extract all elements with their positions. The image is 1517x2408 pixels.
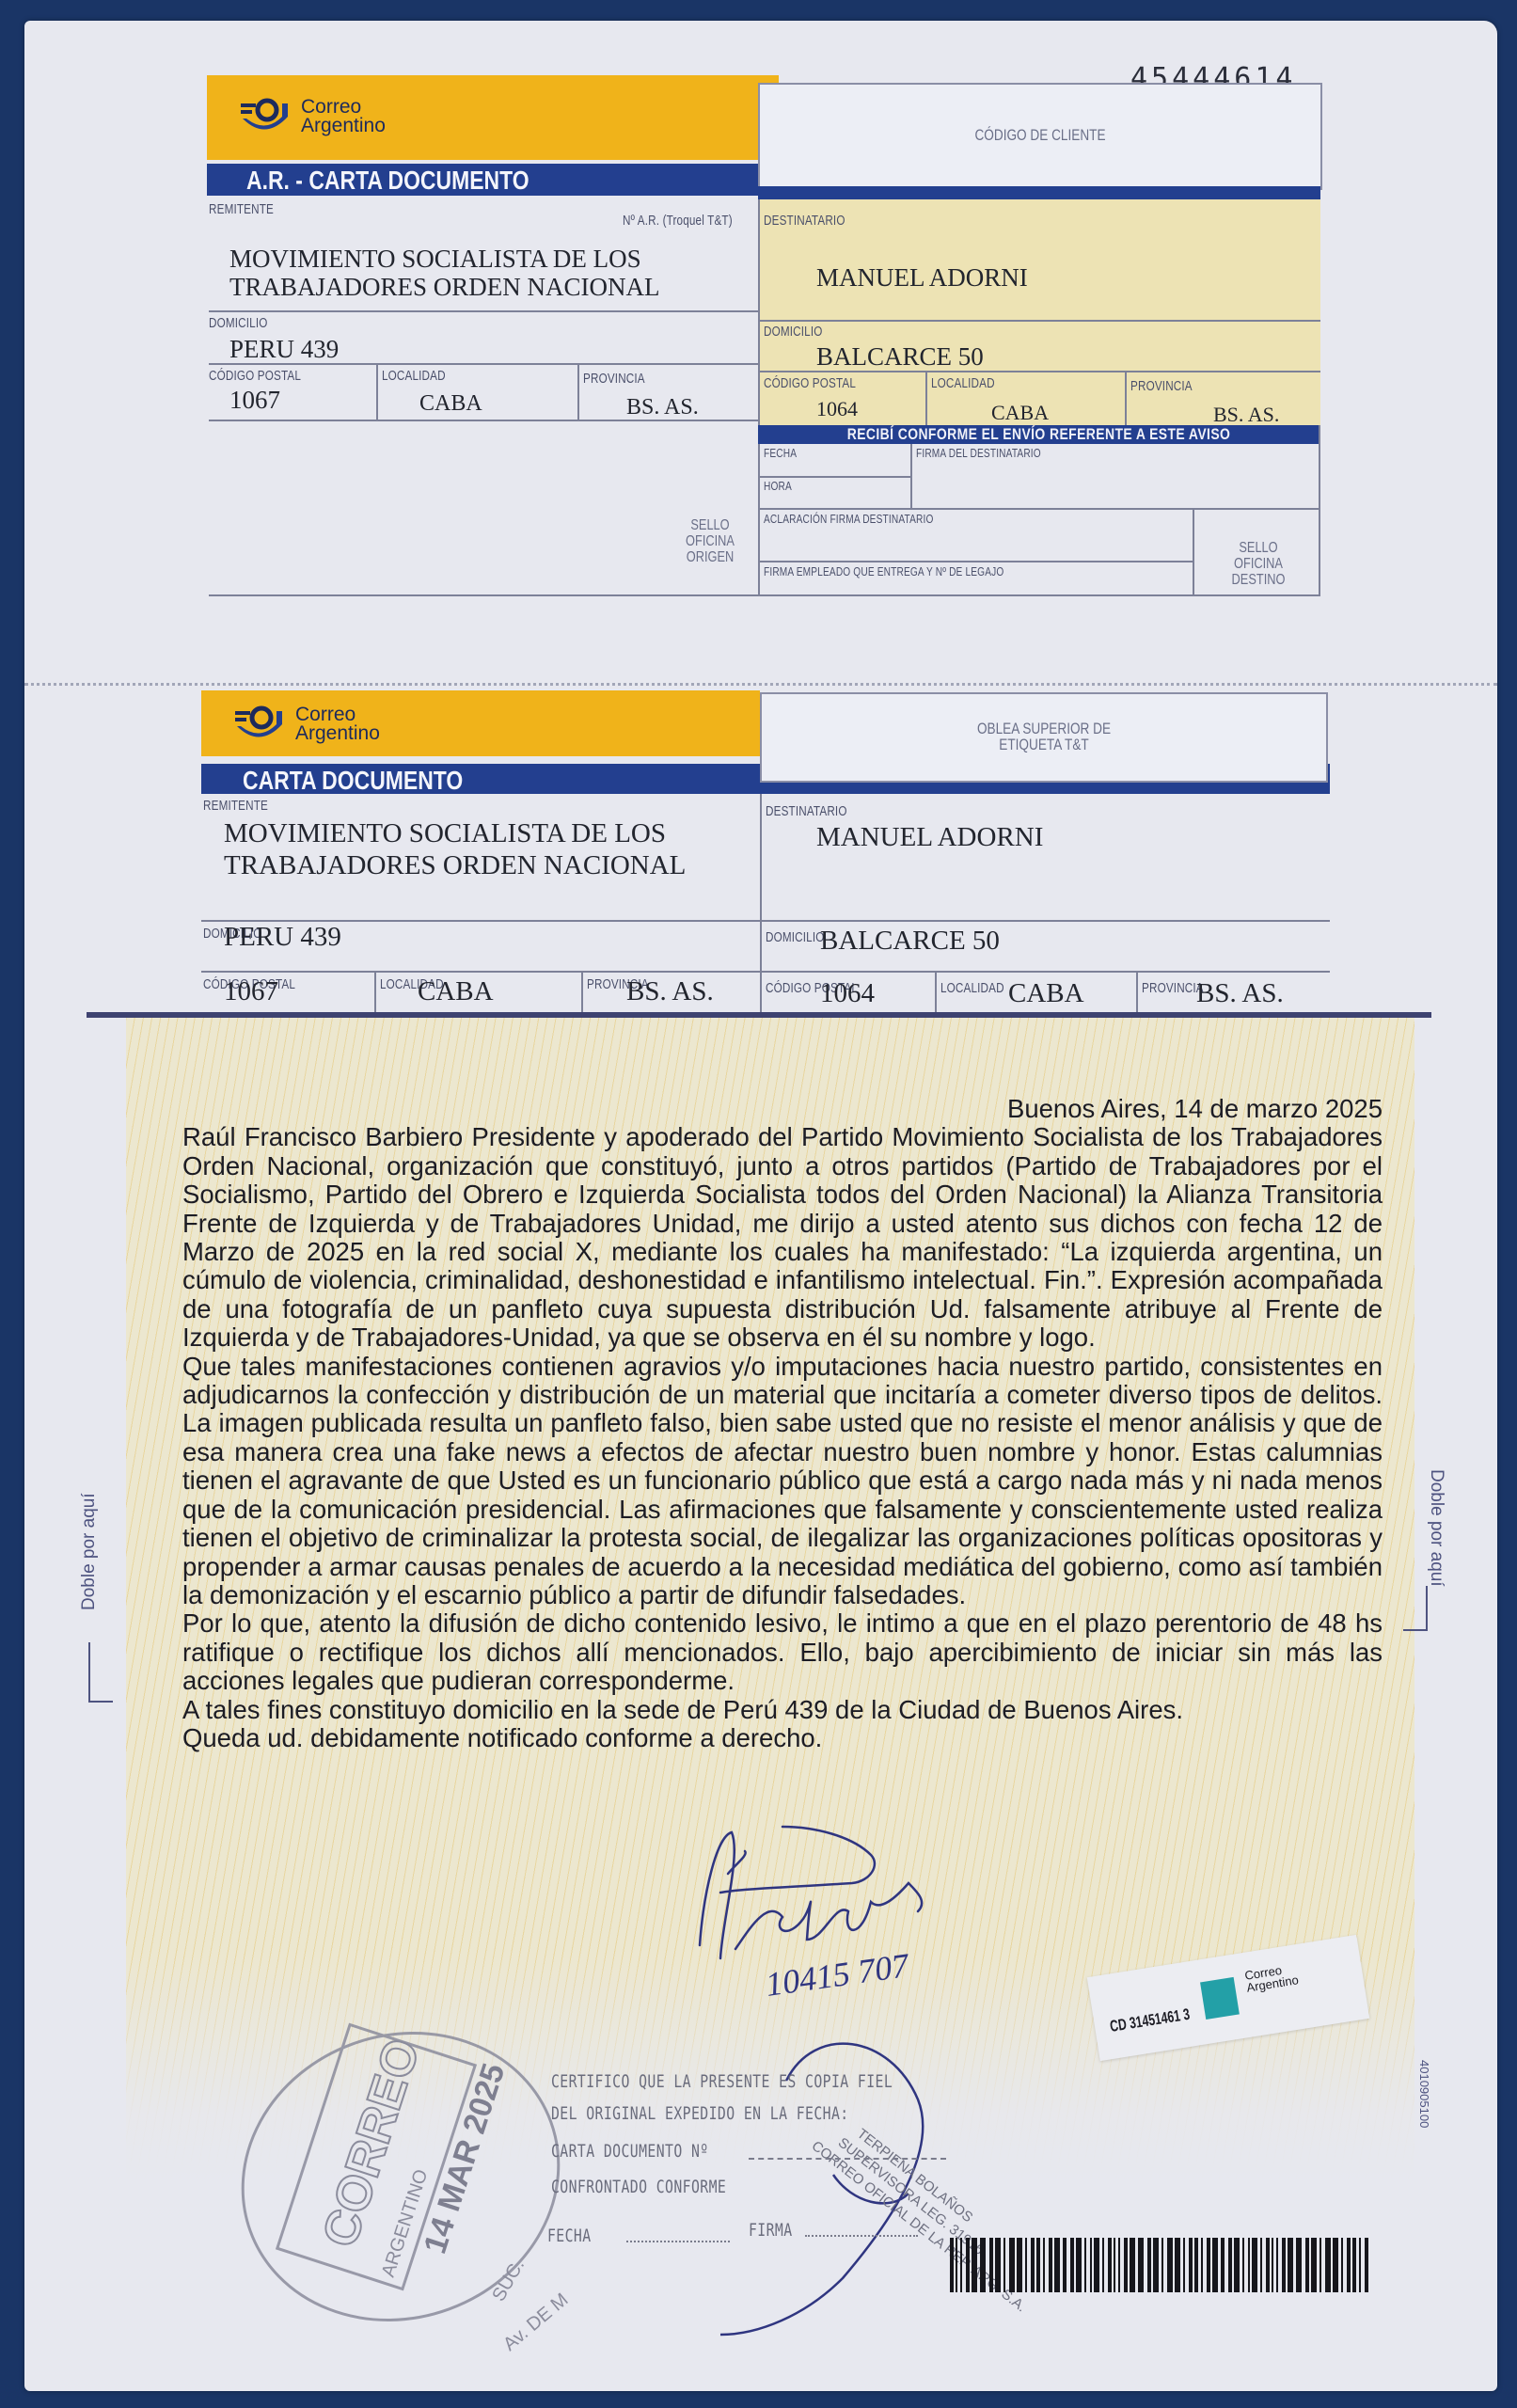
cd-recipient-province: BS. AS. [1196, 978, 1284, 1009]
cd-recipient-name: MANUEL ADORNI [816, 822, 1043, 853]
letter-top-rule [87, 1012, 1431, 1018]
receipt-time-label: HORA [764, 479, 792, 493]
origin-stamp-label: SELLO OFICINA ORIGEN [676, 517, 744, 565]
cd-sender-label: REMITENTE [203, 798, 268, 814]
tracking-code: CD 31451461 3 [1109, 2005, 1192, 2036]
cd-recipient-label: DESTINATARIO [766, 803, 847, 819]
recipient-name: MANUEL ADORNI [816, 263, 1028, 293]
sender-name-line1: MOVIMIENTO SOCIALISTA DE LOS [229, 245, 641, 274]
recipient-address: BALCARCE 50 [816, 342, 984, 372]
signature-clarification-label: ACLARACIÓN FIRMA DESTINATARIO [764, 512, 933, 526]
sender-postal-code: 1067 [229, 386, 280, 415]
letter-paragraph: Que tales manifestaciones contienen agra… [182, 1353, 1383, 1610]
cd-recipient-address-label: DOMICILIO [766, 929, 825, 945]
tracking-brand: Correo Argentino [1244, 1961, 1300, 1993]
tt-label-box-text: OBLEA SUPERIOR DE ETIQUETA T&T [954, 721, 1134, 752]
cd-recipient-locality: CABA [1008, 978, 1084, 1009]
certification-line2: DEL ORIGINAL EXPEDIDO EN LA FECHA: [551, 2103, 849, 2124]
correo-argentino-logo: Correo Argentino [239, 96, 386, 137]
recipient-locality: CABA [991, 401, 1049, 425]
title-band-right [758, 186, 1320, 199]
sender-province-label: PROVINCIA [583, 371, 645, 387]
recipient-locality-label: LOCALIDAD [931, 375, 995, 391]
letter-place-date: Buenos Aires, 14 de marzo 2025 [182, 1095, 1383, 1123]
carta-documento-sheet: 45444614 Correo Argentino A.R. - CARTA D… [24, 21, 1497, 2391]
fold-hint-left: Doble por aquí [79, 1493, 100, 1610]
sender-name-line2: TRABAJADORES ORDEN NACIONAL [229, 273, 660, 302]
cd-sender-name-line2: TRABAJADORES ORDEN NACIONAL [224, 850, 686, 881]
cd-sender-address: PERU 439 [224, 922, 341, 953]
sender-postal-code-label: CÓDIGO POSTAL [209, 368, 301, 384]
correo-logo-icon [233, 704, 288, 745]
cd-form-title: CARTA DOCUMENTO [243, 766, 463, 796]
cd-sender-name-line1: MOVIMIENTO SOCIALISTA DE LOS [224, 818, 666, 849]
perforation-line [24, 683, 1497, 686]
ar-form-title: A.R. - CARTA DOCUMENTO [246, 166, 529, 196]
form-code: 4010905100 [1417, 2060, 1431, 2128]
tt-label-box: OBLEA SUPERIOR DE ETIQUETA T&T [760, 692, 1328, 783]
recipient-signature-label: FIRMA DEL DESTINATARIO [916, 446, 1041, 460]
client-code-box: CÓDIGO DE CLIENTE [758, 83, 1322, 190]
recipient-address-label: DOMICILIO [764, 324, 823, 340]
cd-recipient-locality-label: LOCALIDAD [940, 980, 1004, 996]
letter-paragraph: Queda ud. debidamente notificado conform… [182, 1724, 1383, 1752]
ar-number-label: Nº A.R. (Troquel T&T) [623, 213, 733, 229]
sender-province: BS. AS. [626, 395, 699, 420]
barcode [950, 2238, 1370, 2292]
certification-line1: CERTIFICO QUE LA PRESENTE ES COPIA FIEL [551, 2071, 893, 2092]
brand-name: Correo Argentino [295, 705, 380, 743]
fold-mark-left [88, 1642, 113, 1703]
correo-argentino-logo-2: Correo Argentino [233, 704, 380, 745]
cd-sender-postal-code: 1067 [224, 976, 278, 1007]
teal-square-icon [1200, 1977, 1240, 2020]
sender-locality-label: LOCALIDAD [382, 368, 446, 384]
sender-address-label: DOMICILIO [209, 315, 268, 331]
letter-paragraph: Raúl Francisco Barbiero Presidente y apo… [182, 1123, 1383, 1352]
svg-text:Av. DE M: Av. DE M [499, 2289, 572, 2355]
svg-text:ARGENTINO: ARGENTINO [378, 2167, 433, 2280]
certification-signature-label: FIRMA [749, 2220, 793, 2241]
cd-recipient-postal-code: 1064 [820, 978, 875, 1009]
employee-signature-label: FIRMA EMPLEADO QUE ENTREGA Y Nº DE LEGAJ… [764, 564, 1003, 578]
destination-stamp-label: SELLO OFICINA DESTINO [1221, 540, 1296, 588]
cd-sender-province: BS. AS. [626, 976, 714, 1007]
svg-text:SUC.: SUC. [488, 2256, 529, 2305]
recipient-postal-code-label: CÓDIGO POSTAL [764, 375, 856, 391]
letter-paragraph: Por lo que, atento la difusión de dicho … [182, 1609, 1383, 1695]
fold-hint-right: Doble por aquí [1426, 1469, 1446, 1587]
certification-line3: CARTA DOCUMENTO Nº [551, 2141, 709, 2162]
recipient-area [758, 199, 1320, 425]
cd-recipient-address: BALCARCE 50 [820, 926, 1000, 957]
receipt-banner: RECIBÍ CONFORME EL ENVÍO REFERENTE A EST… [758, 425, 1320, 444]
letter-paragraph: A tales fines constituyo domicilio en la… [182, 1696, 1383, 1724]
fold-mark-right [1403, 1586, 1428, 1631]
correo-logo-icon [239, 96, 293, 137]
client-code-label: CÓDIGO DE CLIENTE [816, 126, 1265, 145]
recipient-label: DESTINATARIO [764, 213, 845, 229]
brand-name: Correo Argentino [301, 98, 386, 135]
cd-recipient-province-label: PROVINCIA [1142, 980, 1204, 996]
sender-locality: CABA [419, 391, 482, 417]
certification-line4: CONFRONTADO CONFORME [551, 2177, 726, 2197]
recipient-province-label: PROVINCIA [1130, 378, 1193, 394]
recipient-postal-code: 1064 [816, 397, 858, 421]
cd-sender-locality: CABA [418, 976, 494, 1007]
sender-label: REMITENTE [209, 201, 274, 217]
receipt-date-label: FECHA [764, 446, 797, 460]
sender-address: PERU 439 [229, 335, 339, 364]
letter-text: Buenos Aires, 14 de marzo 2025 Raúl Fran… [182, 1095, 1383, 1752]
certification-date-label: FECHA [547, 2226, 592, 2246]
recipient-province: BS. AS. [1213, 403, 1279, 427]
